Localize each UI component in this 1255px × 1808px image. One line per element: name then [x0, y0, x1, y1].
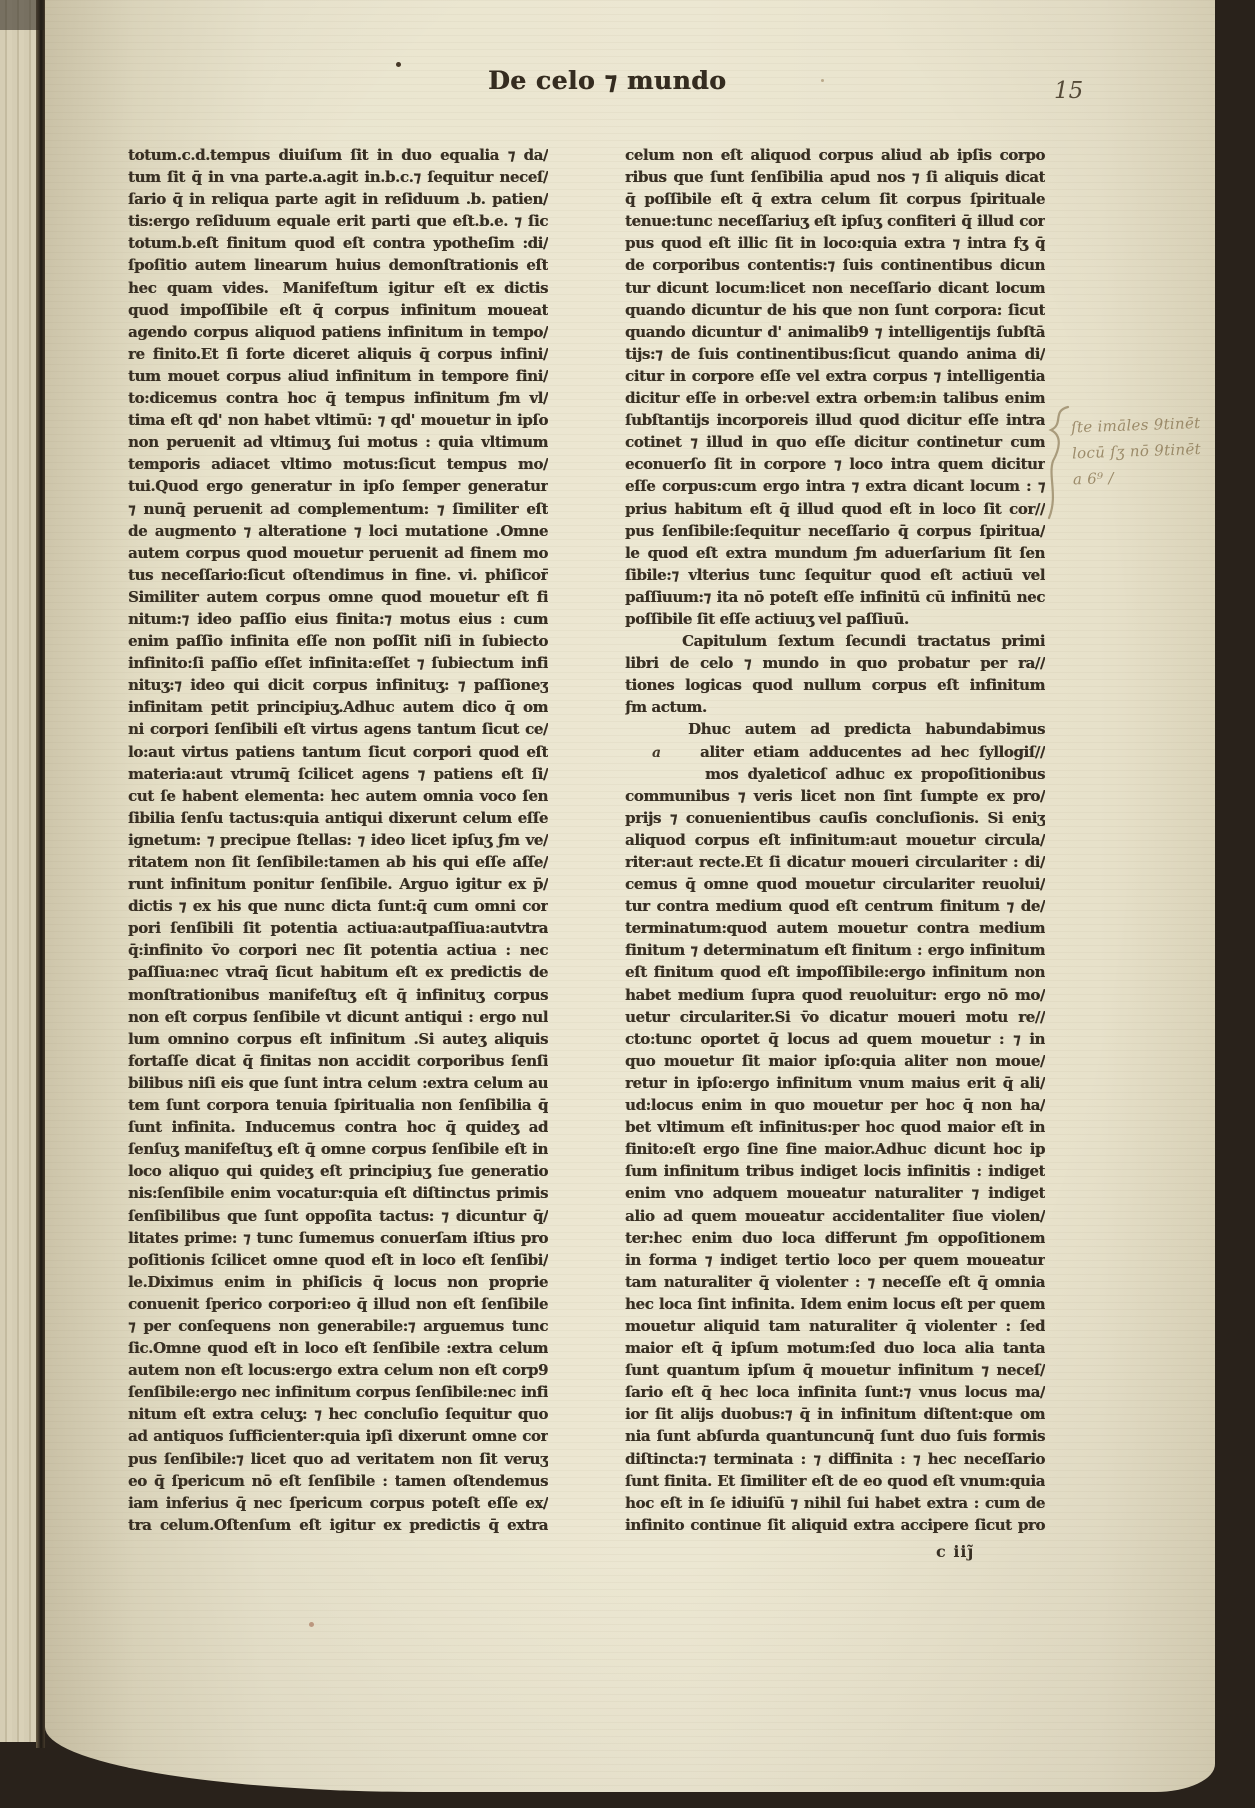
text-line: totum.b.eſt finitum quod eſt contra ypot… [128, 232, 548, 254]
text-line: pus quod eſt illic ſit in loco:quia extr… [625, 232, 1045, 254]
text-line: non eſt corpus ſenſibile vt dicunt antiq… [128, 1006, 548, 1028]
facing-page-edges [0, 0, 36, 1742]
text-line: maior eſt q̄ ipſum motum:ſed duo loca al… [625, 1337, 1045, 1359]
text-line: ſibile:⁊ vlterius tunc ſequitur quod eſt… [625, 564, 1045, 586]
text-line: monſtrationibus manifeſtuʒ eſt q̄ infini… [128, 984, 548, 1006]
text-line: infinito continue ſit aliquid extra acci… [625, 1514, 1045, 1536]
corner-shadow [0, 0, 44, 30]
text-line: to:dicemus contra hoc q̄ tempus infinitu… [128, 387, 548, 409]
text-line: temporis adiacet vltimo motus:ſicut temp… [128, 453, 548, 475]
text-line: runt infinitum ponitur ſenſibile. Arguo … [128, 873, 548, 895]
text-line: enim paſſio infinita eſſe non poſſit niſ… [128, 630, 548, 652]
book-scan: De celo ⁊ mundo 15 totum.c.d.tempus diui… [0, 0, 1255, 1808]
text-line: poſſibile ſit eſſe actiuuʒ vel paſſiuū. [625, 608, 1045, 630]
text-line: poſitionis ſcilicet omne quod eſt in loc… [128, 1249, 548, 1271]
text-line: hoc eſt in ſe idiuiſū ⁊ nihil ſui habet … [625, 1492, 1045, 1514]
text-line: loco aliquo qui quideʒ eſt principiuʒ ſu… [128, 1160, 548, 1182]
text-line: mos dyaleticoſ adhuc ex propoſitionibus [625, 763, 1045, 785]
text-line: ⁊ per conſequens non generabile:⁊ arguem… [128, 1315, 548, 1337]
text-line: citur in corpore eſſe vel extra corpus ⁊… [625, 365, 1045, 387]
text-line: tui.Quod ergo generatur in ipſo ſemper g… [128, 475, 548, 497]
text-line: hec loca ſint infinita. Idem enim locus … [625, 1293, 1045, 1315]
text-line: nia ſunt abſurda quantuncunq̄ ſunt duo ſ… [625, 1425, 1045, 1447]
text-line: ud:locus enim in quo mouetur per hoc q̄ … [625, 1094, 1045, 1116]
text-line: in forma ⁊ indiget tertio loco per quem … [625, 1249, 1045, 1271]
text-line: ſunt finita. Et ſimiliter eſt de eo quod… [625, 1470, 1045, 1492]
ink-speck [821, 79, 824, 82]
text-line: hec quam vides. Manifeſtum igitur eſt ex… [128, 277, 548, 299]
text-line: terminatum:quod autem mouetur contra med… [625, 917, 1045, 939]
text-line: Similiter autem corpus omne quod mouetur… [128, 586, 548, 608]
text-line: autem non eſt locus:ergo extra celum non… [128, 1359, 548, 1381]
text-line: ſenſuʒ manifeſtuʒ eſt q̄ omne corpus ſen… [128, 1138, 548, 1160]
text-line: quod impoſſibile eſt q̄ corpus infinitum… [128, 299, 548, 321]
text-line: retur in ipſo:ergo infinitum vnum maius … [625, 1072, 1045, 1094]
text-line: tiones logicas quod nullum corpus eſt in… [625, 674, 1045, 696]
text-line: de augmento ⁊ alteratione ⁊ loci mutatio… [128, 520, 548, 542]
text-line: ter:hec enim duo loca differunt ƒm oppoſ… [625, 1227, 1045, 1249]
text-line: tum mouet corpus aliud infinitum in temp… [128, 365, 548, 387]
text-line: conuenit ſperico corpori:eo q̄ illud non… [128, 1293, 548, 1315]
text-line: eſt finitum quod eſt impoſſibile:ergo in… [625, 961, 1045, 983]
text-line: nitum:⁊ ideo paſſio eius finita:⁊ motus … [128, 608, 548, 630]
text-line: finitum ⁊ determinatum eſt finitum : erg… [625, 939, 1045, 961]
text-line: le.Diximus enim in phiſicis q̄ locus non… [128, 1271, 548, 1293]
text-line: ni corpori ſenſibili eſt virtus agens ta… [128, 718, 548, 740]
ink-speck [396, 62, 401, 67]
text-line: aliquod corpus eſt infinitum:aut mouetur… [625, 829, 1045, 851]
text-line: tima eſt qd' non habet vltimū: ⁊ qd' mou… [128, 409, 548, 431]
text-line: dictis ⁊ ex his que nunc dicta ſunt:q̄ c… [128, 895, 548, 917]
text-line: econuerſo ſit in corpore ⁊ loco intra qu… [625, 453, 1045, 475]
text-line: fortaſſe dicat q̄ finitas non accidit co… [128, 1050, 548, 1072]
text-line: prijs ⁊ conuenientibus cauſis concluſion… [625, 807, 1045, 829]
text-line: tur contra medium quod eſt centrum finit… [625, 895, 1045, 917]
text-line: tur dicunt locum:licet non neceſſario di… [625, 277, 1045, 299]
text-line: riter:aut recte.Et ſi dicatur moueri cir… [625, 851, 1045, 873]
text-line: nis:ſenſibile enim vocatur:quia eſt diſt… [128, 1182, 548, 1204]
text-line: paſſiua:nec vtraq̄ ſicut habitum eſt ex … [128, 961, 548, 983]
text-line: tem ſunt corpora tenuia ſpiritualia non … [128, 1094, 548, 1116]
text-column-left: totum.c.d.tempus diuiſum ſit in duo equa… [128, 144, 548, 1536]
text-line: ior ſit alijs duobus:⁊ q̄ in infinitum d… [625, 1403, 1045, 1425]
running-title: De celo ⁊ mundo [488, 66, 828, 95]
text-line: nituʒ:⁊ ideo qui dicit corpus infinituʒ:… [128, 674, 548, 696]
text-line: cemus q̄ omne quod mouetur circulariter … [625, 873, 1045, 895]
text-line: re finito.Et ſi forte diceret aliquis q̄… [128, 343, 548, 365]
text-line: ad antiquos ſufficienter:quia ipſi dixer… [128, 1425, 548, 1447]
text-line: ſario eſt q̄ hec loca infinita ſunt:⁊ vn… [625, 1381, 1045, 1403]
text-line: ſibilia ſenſu tactus:quia antiqui dixeru… [128, 807, 548, 829]
text-line: diſtincta:⁊ terminata : ⁊ diffinita : ⁊ … [625, 1448, 1045, 1470]
marginal-annotation: ſte imāles 9tinētlocū ſʒ nō 9tinēta 6⁹ / [1071, 410, 1214, 493]
marginalia-line: a 6⁹ / [1072, 462, 1213, 493]
text-line: infinitam petit principiuʒ.Adhuc autem d… [128, 696, 548, 718]
text-line: libri de celo ⁊ mundo in quo probatur pe… [625, 652, 1045, 674]
text-line: Capitulum ſextum ſecundi tractatus primi [625, 630, 1045, 652]
text-line: quando dicuntur d' animalib9 ⁊ intellige… [625, 321, 1045, 343]
text-line: alio ad quem moueatur accidentaliter ſiu… [625, 1205, 1045, 1227]
text-line: autem corpus quod mouetur peruenit ad fi… [128, 542, 548, 564]
text-line: ſenſibile:ergo nec infinitum corpus ſenſ… [128, 1381, 548, 1403]
text-line: materia:aut vtrumq̄ ſcilicet agens ⁊ pat… [128, 763, 548, 785]
text-line: nitum eſt extra celuʒ: ⁊ hec concluſio ſ… [128, 1403, 548, 1425]
text-line: q̄ poſſibile eſt q̄ extra celum ſit corp… [625, 188, 1045, 210]
text-line: dicitur eſſe in orbe:vel extra orbem:in … [625, 387, 1045, 409]
text-line: eſſe corpus:cum ergo intra ⁊ extra dican… [625, 475, 1045, 497]
text-line: Dhuc autem ad predicta habundabimus [625, 718, 1045, 740]
text-line: ribus que ſunt ſenſibilia apud nos ⁊ ſi … [625, 166, 1045, 188]
text-line: non peruenit ad vltimuʒ ſui motus : quia… [128, 431, 548, 453]
text-line: ignetum: ⁊ precipue ſtellas: ⁊ ideo lice… [128, 829, 548, 851]
text-line: habet medium ſupra quod reuoluitur: ergo… [625, 984, 1045, 1006]
text-line: cto:tunc oportet q̄ locus ad quem mouetu… [625, 1028, 1045, 1050]
text-column-right: celum non eſt aliquod corpus aliud ab ip… [625, 144, 1045, 1536]
text-line: cut ſe habent elementa: hec autem omnia … [128, 785, 548, 807]
text-line: ſenſibilibus que ſunt oppoſita tactus: ⁊… [128, 1205, 548, 1227]
marginal-brace-icon [1042, 404, 1072, 524]
text-line: infinito:ſi paſſio eſſet infinita:eſſet … [128, 652, 548, 674]
text-line: totum.c.d.tempus diuiſum ſit in duo equa… [128, 144, 548, 166]
text-line: ſario q̄ in reliqua parte agit in reſidu… [128, 188, 548, 210]
text-line: ƒm actum. [625, 696, 1045, 718]
text-line: tis:ergo reſiduum equale erit parti que … [128, 210, 548, 232]
text-line: tum ſit q̄ in vna parte.a.agit in.b.c.⁊ … [128, 166, 548, 188]
text-line: pus ſenſibile:⁊ licet quo ad veritatem n… [128, 1448, 548, 1470]
text-line: tam naturaliter q̄ violenter : ⁊ neceſſe… [625, 1271, 1045, 1293]
text-line: mouetur aliquid tam naturaliter q̄ viole… [625, 1315, 1045, 1337]
text-line: ⁊ nunq̄ peruenit ad complementum: ⁊ ſimi… [128, 498, 548, 520]
text-line: bet vltimum eſt infinitus:per hoc quod m… [625, 1116, 1045, 1138]
text-line: tenue:tunc neceſſariuʒ eſt ipſuʒ confite… [625, 210, 1045, 232]
text-line: lo:aut virtus patiens tantum ſicut corpo… [128, 741, 548, 763]
text-line: ſum infinitum tribus indiget locis infin… [625, 1160, 1045, 1182]
text-line: q̄:infinito v̄o corpori nec ſit potentia… [128, 939, 548, 961]
text-line: uetur circulariter.Si v̄o dicatur moueri… [625, 1006, 1045, 1028]
folio-number: 15 [1054, 78, 1083, 104]
text-line: paſſiuum:⁊ ita nō poteſt eſſe infinitū c… [625, 586, 1045, 608]
text-line: cotinet ⁊ illud in quo eſſe dicitur cont… [625, 431, 1045, 453]
text-line: lum omnino corpus eſt infinitum .Si aute… [128, 1028, 548, 1050]
gutter-shadow [36, 0, 45, 1748]
text-line: iam inferius q̄ nec ſpericum corpus pote… [128, 1492, 548, 1514]
text-line: celum non eſt aliquod corpus aliud ab ip… [625, 144, 1045, 166]
text-line: litates prime: ⁊ tunc ſumemus conuerſam … [128, 1227, 548, 1249]
text-line: tijs:⁊ de ſuis continentibus:ſicut quand… [625, 343, 1045, 365]
text-line: ſubſtantijs incorporeis illud quod dicit… [625, 409, 1045, 431]
text-line: agendo corpus aliquod patiens infinitum … [128, 321, 548, 343]
text-line: pori ſenſibili ſit potentia actiua:autpa… [128, 917, 548, 939]
text-line: de corporibus contentis:⁊ ſuis continent… [625, 254, 1045, 276]
guide-letter: a [652, 745, 661, 761]
text-line: prius habitum eſt q̄ illud quod eſt in l… [625, 498, 1045, 520]
text-line: communibus ⁊ veris licet non ſint ſumpte… [625, 785, 1045, 807]
ink-speck [309, 1622, 314, 1627]
text-line: ſic.Omne quod eſt in loco eſt ſenſibile … [128, 1337, 548, 1359]
marginalia-line: locū ſʒ nō 9tinēt [1072, 436, 1213, 467]
text-line: finito:eſt ergo ſine fine maior.Adhuc di… [625, 1138, 1045, 1160]
text-line: quando dicuntur de his que non ſunt corp… [625, 299, 1045, 321]
text-line: pus ſenſibile:ſequitur neceſſario q̄ cor… [625, 520, 1045, 542]
text-line: enim vno adquem moueatur naturaliter ⁊ i… [625, 1182, 1045, 1204]
text-line: ſpoſitio autem linearum huius demonſtrat… [128, 254, 548, 276]
text-line: ſunt quantum ipſum q̄ mouetur infinitum … [625, 1359, 1045, 1381]
text-line: tra celum.Oſtenſum eſt igitur ex predict… [128, 1514, 548, 1536]
text-line: ſunt infinita. Inducemus contra hoc q̄ q… [128, 1116, 548, 1138]
text-line: quo mouetur ſit maior ipſo:quia aliter n… [625, 1050, 1045, 1072]
text-line: tus neceſſario:ſicut oſtendimus in fine.… [128, 564, 548, 586]
text-line: bilibus niſi eis que ſunt intra celum :e… [128, 1072, 548, 1094]
text-line: le quod eſt extra mundum ƒm aduerſarium … [625, 542, 1045, 564]
text-line: aliter etiam adducentes ad hec ſyllogiſ/… [625, 741, 1045, 763]
text-line: eo q̄ ſpericum nō eſt ſenſibile : tamen … [128, 1470, 548, 1492]
quire-signature: c iij̃ [936, 1542, 974, 1561]
text-line: ritatem non ſit ſenſibile:tamen ab his q… [128, 851, 548, 873]
